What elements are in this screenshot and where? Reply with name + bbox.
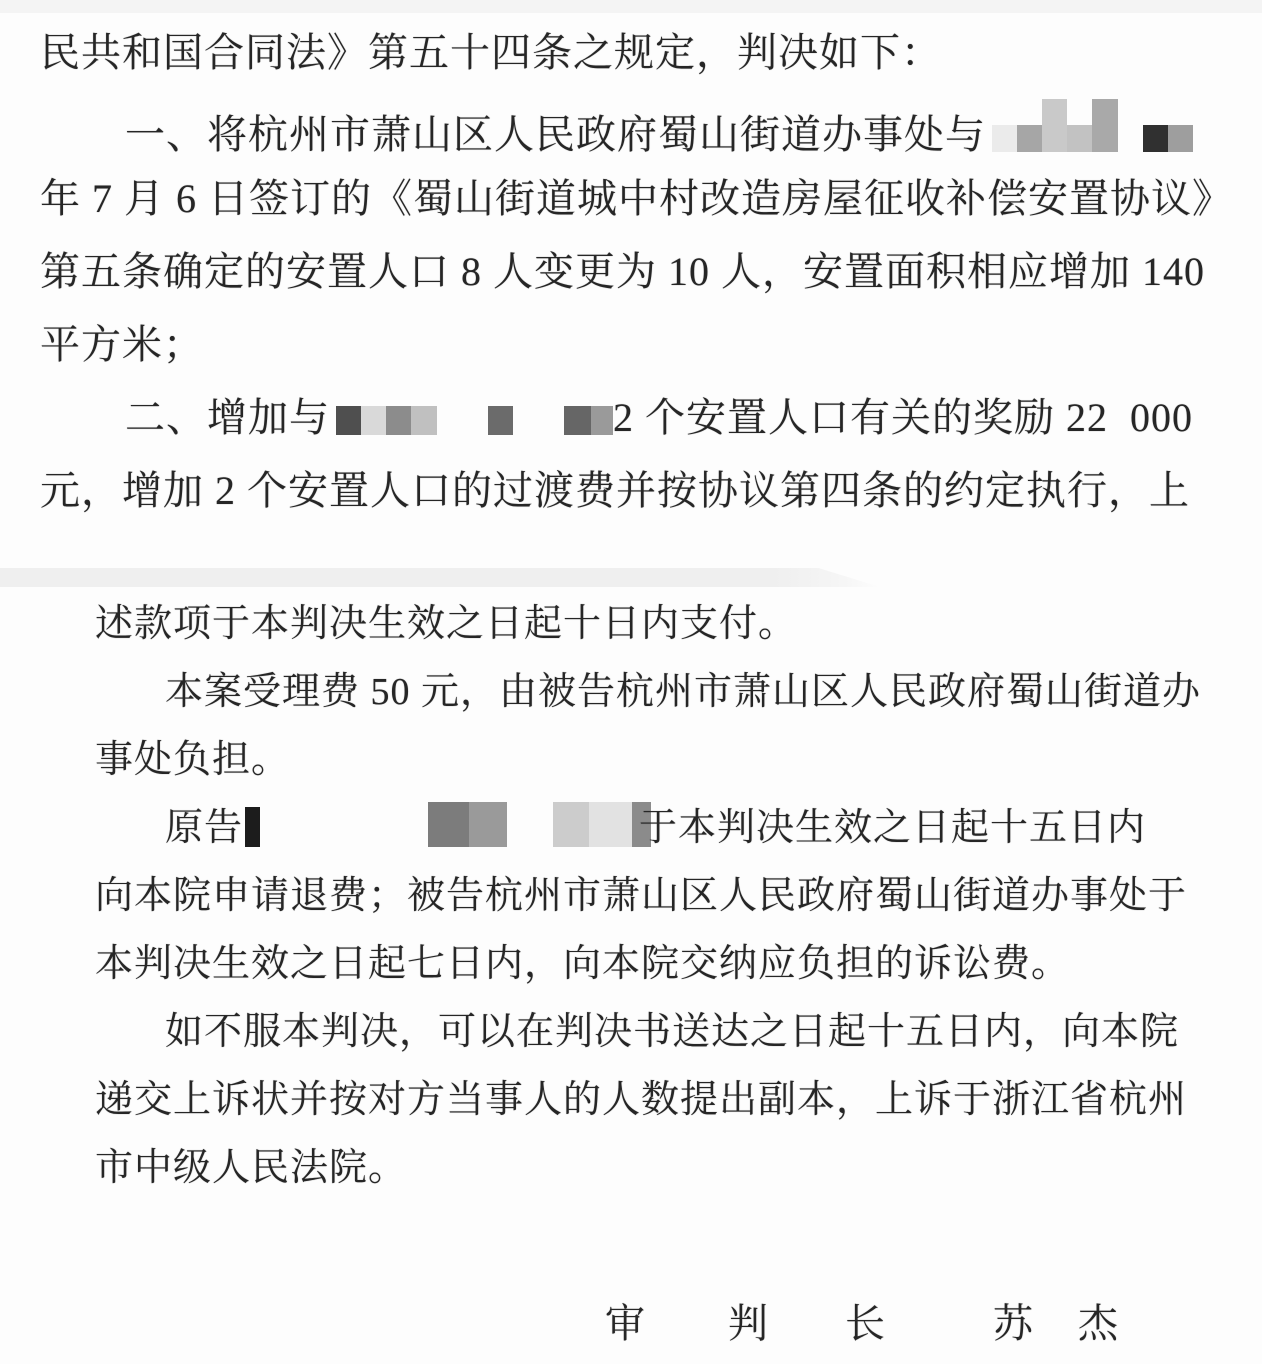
redaction-pixel-block — [553, 802, 589, 847]
judge-role-char: 审 — [605, 1300, 645, 1348]
judge-role-char: 判 — [728, 1300, 768, 1348]
redaction-pixel-block — [591, 406, 613, 435]
plaintiff-label: 原告 — [165, 807, 243, 849]
page-scan-seam — [0, 568, 880, 587]
judgment-line: 如不服本判决，可以在判决书送达之日起十五日内，向本院 — [95, 1006, 1225, 1074]
redacted-plaintiff-name-blocks — [245, 802, 651, 847]
judgment-line: 平方米； — [40, 318, 1250, 391]
redaction-pixel-block — [411, 406, 437, 435]
plaintiff-line-text-after: 于本判决生效之日起十五日内 — [639, 807, 1146, 849]
redaction-pixel-block — [361, 406, 386, 435]
redaction-pixel-block — [1042, 99, 1067, 152]
presiding-judge-signature-line: 审判长苏杰 — [605, 1300, 1118, 1348]
judgment-clause-2-line: 二、增加与2 个安置人口有关的奖励 22 000 — [40, 391, 1250, 464]
redaction-pixel-block — [245, 807, 260, 847]
redaction-pixel-block — [336, 406, 361, 435]
redaction-pixel-block — [1143, 125, 1168, 152]
judgment-line: 本案受理费 50 元，由被告杭州市萧山区人民政府蜀山街道办 — [95, 666, 1225, 734]
clause-1-text: 一、将杭州市萧山区人民政府蜀山街道办事处与 — [125, 112, 986, 157]
judgment-line: 民共和国合同法》第五十四条之规定，判决如下： — [40, 26, 1250, 99]
judgment-line: 向本院申请退费；被告杭州市萧山区人民政府蜀山街道办事处于 — [95, 870, 1225, 938]
redaction-pixel-block — [488, 406, 513, 435]
redaction-pixel-block — [1017, 125, 1042, 152]
redacted-party-name-blocks — [336, 406, 613, 435]
judge-role-char: 长 — [845, 1300, 885, 1348]
judgment-page1-fragment: 民共和国合同法》第五十四条之规定，判决如下： 一、将杭州市萧山区人民政府蜀山街道… — [40, 26, 1250, 537]
redaction-pixel-block — [1168, 125, 1193, 152]
judge-name-char: 苏 — [993, 1300, 1033, 1348]
redaction-pixel-block — [469, 802, 507, 847]
redaction-pixel-block — [589, 802, 632, 847]
scan-edge-strip — [0, 0, 1262, 13]
redaction-pixel-block — [1067, 125, 1092, 152]
judgment-line: 本判决生效之日起七日内，向本院交纳应负担的诉讼费。 — [95, 938, 1225, 1006]
redacted-party-name-blocks — [992, 99, 1193, 152]
judgment-line: 元，增加 2 个安置人口的过渡费并按协议第四条的约定执行，上 — [40, 464, 1250, 537]
judgment-page2-fragment: 述款项于本判决生效之日起十日内支付。 本案受理费 50 元，由被告杭州市萧山区人… — [95, 598, 1225, 1210]
redaction-pixel-block — [564, 406, 591, 435]
redaction-pixel-block — [1092, 99, 1118, 152]
clause-2-text-after: 2 个安置人口有关的奖励 22 000 — [613, 395, 1193, 440]
judgment-line: 年 7 月 6 日签订的《蜀山街道城中村改造房屋征收补偿安置协议》 — [40, 172, 1250, 245]
judgment-line: 事处负担。 — [95, 734, 1225, 802]
judgment-line: 递交上诉状并按对方当事人的人数提出副本，上诉于浙江省杭州 — [95, 1074, 1225, 1142]
redaction-pixel-block — [992, 125, 1017, 152]
judgment-line: 市中级人民法院。 — [95, 1142, 1225, 1210]
redaction-pixel-block — [386, 406, 411, 435]
judgment-line: 第五条确定的安置人口 8 人变更为 10 人，安置面积相应增加 140 — [40, 245, 1250, 318]
judgment-line: 述款项于本判决生效之日起十日内支付。 — [95, 598, 1225, 666]
redaction-pixel-block — [428, 802, 469, 847]
plaintiff-refund-line: 原告于本判决生效之日起十五日内 — [95, 802, 1225, 870]
judgment-clause-1-line: 一、将杭州市萧山区人民政府蜀山街道办事处与 — [40, 99, 1250, 172]
judge-name-char: 杰 — [1078, 1300, 1118, 1348]
clause-2-text-before: 二、增加与 — [125, 395, 330, 440]
